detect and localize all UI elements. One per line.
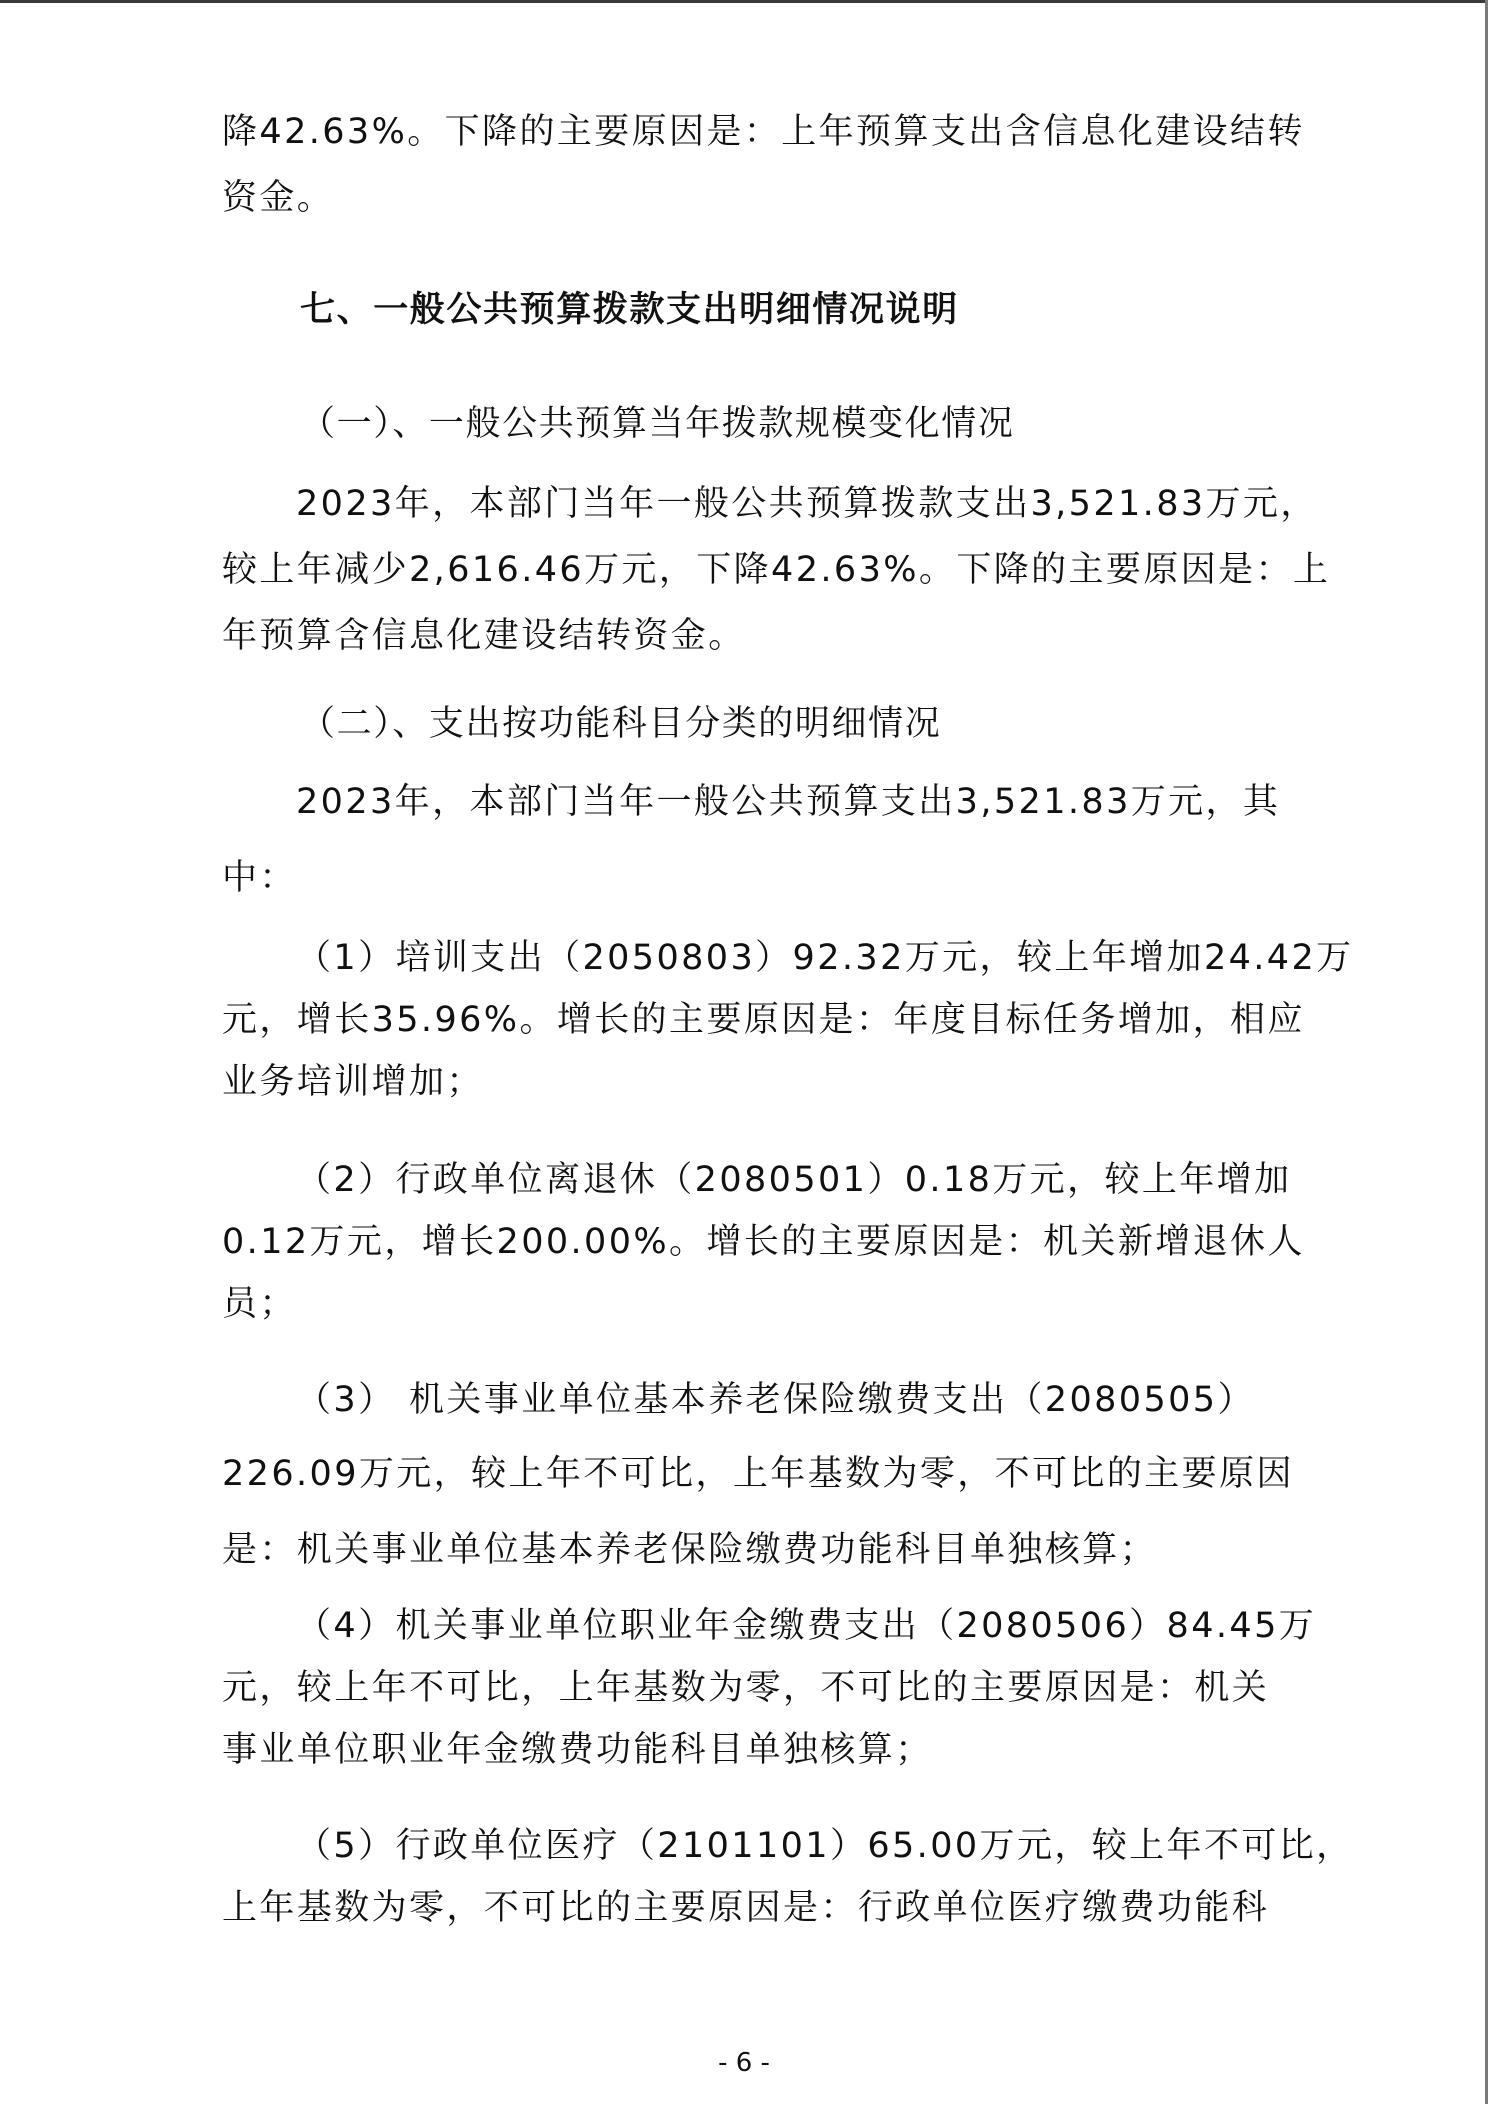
paragraph-line: 资金。 <box>222 178 334 218</box>
item-line: （1）培训支出（2050803）92.32万元，较上年增加24.42万 <box>296 938 1354 978</box>
item-line: （5）行政单位医疗（2101101）65.00万元，较上年不可比， <box>296 1826 1354 1866</box>
item-line: 员； <box>222 1284 297 1324</box>
item-line: 元，较上年不可比，上年基数为零，不可比的主要原因是：机关 <box>222 1668 1269 1708</box>
subsection-heading: （二）、支出按功能科目分类的明细情况 <box>300 704 941 744</box>
item-line: 0.12万元，增长200.00%。增长的主要原因是：机关新增退休人 <box>222 1222 1305 1262</box>
item-line: 上年基数为零，不可比的主要原因是：行政单位医疗缴费功能科 <box>222 1888 1269 1928</box>
item-line: 元，增长35.96%。增长的主要原因是：年度目标任务增加，相应 <box>222 1000 1305 1040</box>
paragraph-line: 较上年减少2,616.46万元，下降42.63%。下降的主要原因是：上 <box>222 550 1330 590</box>
item-line: 业务培训增加； <box>222 1062 484 1102</box>
paragraph-line: 年预算含信息化建设结转资金。 <box>222 616 746 656</box>
item-line: （4）机关事业单位职业年金缴费支出（2080506）84.45万 <box>296 1606 1316 1646</box>
item-line: （3） 机关事业单位基本养老保险缴费支出（2080505） <box>296 1380 1255 1420</box>
item-line: 是：机关事业单位基本养老保险缴费功能科目单独核算； <box>222 1530 1157 1570</box>
item-line: 226.09万元，较上年不可比，上年基数为零，不可比的主要原因 <box>222 1454 1294 1494</box>
paragraph-line: 2023年，本部门当年一般公共预算拨款支出3,521.83万元， <box>296 484 1318 524</box>
subsection-heading: （一）、一般公共预算当年拨款规模变化情况 <box>300 404 1015 444</box>
page-top-border <box>0 0 1488 3</box>
item-line: （2）行政单位离退休（2080501）0.18万元，较上年增加 <box>296 1160 1291 1200</box>
paragraph-line: 降42.63%。下降的主要原因是：上年预算支出含信息化建设结转 <box>222 112 1305 152</box>
page-number: - 6 - <box>0 2048 1488 2078</box>
item-line: 事业单位职业年金缴费功能科目单独核算； <box>222 1730 933 1770</box>
section-heading: 七、一般公共预算拨款支出明细情况说明 <box>300 290 959 330</box>
paragraph-line: 中： <box>222 858 297 898</box>
paragraph-line: 2023年，本部门当年一般公共预算支出3,521.83万元，其 <box>296 782 1280 822</box>
